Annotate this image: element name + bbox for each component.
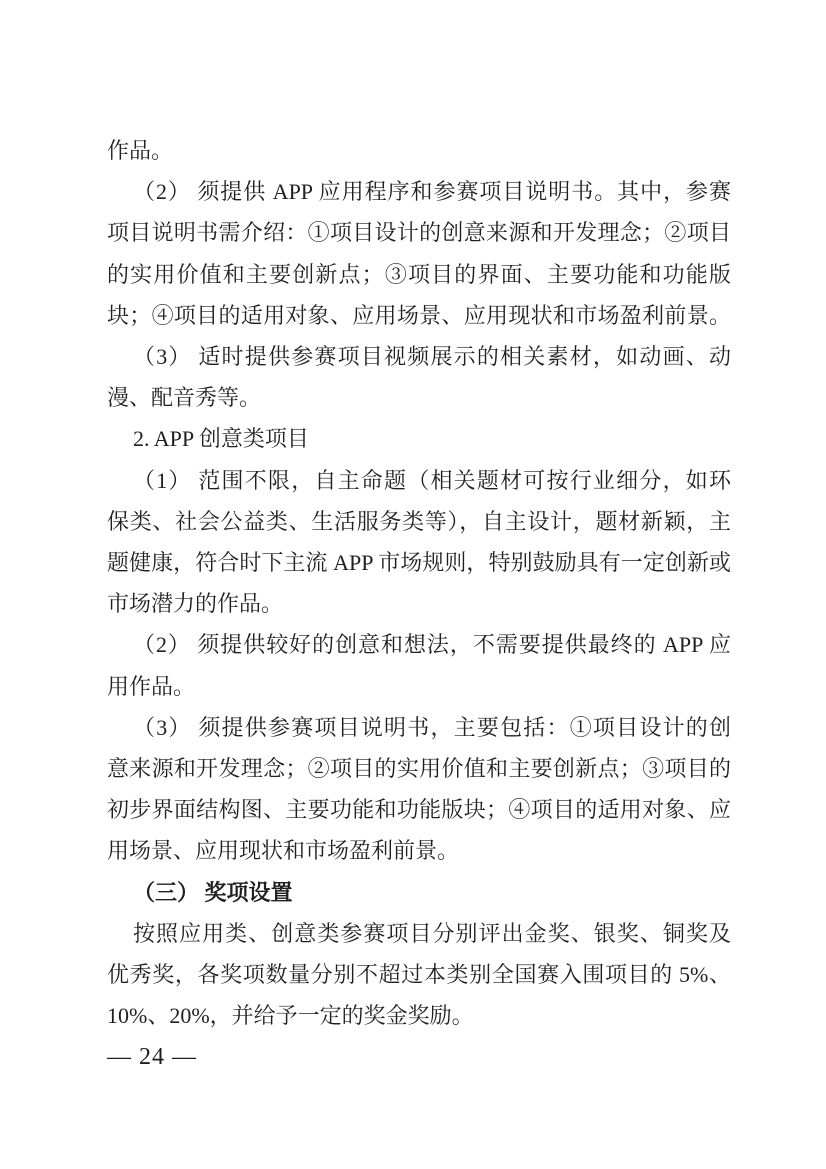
subsection-heading: 2. APP 创意类项目	[107, 418, 731, 459]
document-line: （3） 适时提供参赛项目视频展示的相关素材，如动画、动	[107, 336, 731, 377]
document-line: 用场景、应用现状和市场盈利前景。	[107, 830, 731, 871]
document-line: 题健康，符合时下主流 APP 市场规则，特别鼓励具有一定创新或	[107, 542, 731, 583]
document-line: 的实用价值和主要创新点；③项目的界面、主要功能和功能版	[107, 254, 731, 295]
section-heading: （三） 奖项设置	[107, 872, 731, 913]
document-line: 市场潜力的作品。	[107, 583, 731, 624]
document-line: 作品。	[107, 130, 731, 171]
document-line: 项目说明书需介绍：①项目设计的创意来源和开发理念；②项目	[107, 212, 731, 253]
document-line: 保类、社会公益类、生活服务类等），自主设计，题材新颖，主	[107, 501, 731, 542]
document-line: 优秀奖，各奖项数量分别不超过本类别全国赛入围项目的 5%、	[107, 954, 731, 995]
document-line: 意来源和开发理念；②项目的实用价值和主要创新点；③项目的	[107, 748, 731, 789]
document-line: （3） 须提供参赛项目说明书，主要包括：①项目设计的创	[107, 707, 731, 748]
document-line: 用作品。	[107, 666, 731, 707]
document-line: （2） 须提供 APP 应用程序和参赛项目说明书。其中，参赛	[107, 171, 731, 212]
document-text-block: 作品。 （2） 须提供 APP 应用程序和参赛项目说明书。其中，参赛 项目说明书…	[107, 130, 731, 1036]
page-number: — 24 —	[107, 1044, 197, 1070]
document-line: 按照应用类、创意类参赛项目分别评出金奖、银奖、铜奖及	[107, 913, 731, 954]
document-line: （2） 须提供较好的创意和想法，不需要提供最终的 APP 应	[107, 624, 731, 665]
document-line: 10%、20%，并给予一定的奖金奖励。	[107, 995, 731, 1036]
document-page: 作品。 （2） 须提供 APP 应用程序和参赛项目说明书。其中，参赛 项目说明书…	[0, 0, 826, 1169]
document-line: 漫、配音秀等。	[107, 377, 731, 418]
document-line: （1） 范围不限，自主命题（相关题材可按行业细分，如环	[107, 460, 731, 501]
document-line: 初步界面结构图、主要功能和功能版块；④项目的适用对象、应	[107, 789, 731, 830]
document-line: 块；④项目的适用对象、应用场景、应用现状和市场盈利前景。	[107, 295, 731, 336]
